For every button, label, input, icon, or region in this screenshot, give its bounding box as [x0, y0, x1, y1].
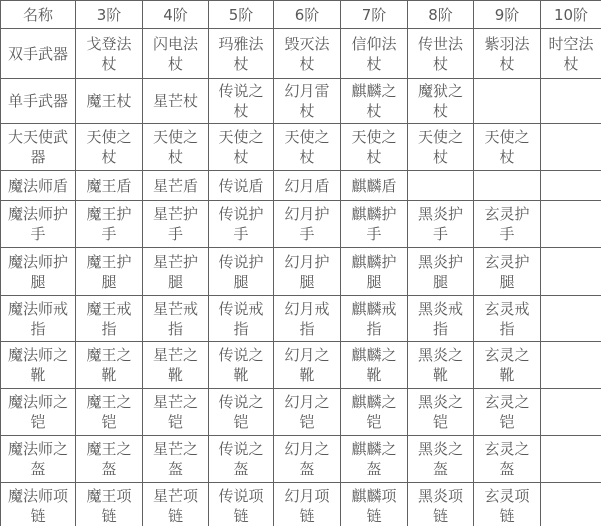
- empty-cell: [541, 79, 601, 124]
- equipment-cell: 麒麟之铠: [341, 389, 408, 436]
- equipment-cell: 传说之盔: [209, 436, 274, 483]
- equipment-cell: 幻月之铠: [274, 389, 341, 436]
- equipment-cell: 天使之杖: [76, 124, 143, 171]
- table-row: 魔法师盾魔王盾星芒盾传说盾幻月盾麒麟盾: [1, 171, 601, 201]
- equipment-cell: 幻月戒指: [274, 296, 341, 342]
- header-cell-tier: 7阶: [341, 1, 408, 29]
- equipment-cell: 星芒项链: [143, 483, 209, 526]
- equipment-cell: 黑炎项链: [408, 483, 474, 526]
- equipment-cell: 玄灵之盔: [474, 436, 541, 483]
- equipment-cell: 幻月之盔: [274, 436, 341, 483]
- empty-cell: [474, 171, 541, 201]
- equipment-cell: 传说之铠: [209, 389, 274, 436]
- header-cell-tier: 8阶: [408, 1, 474, 29]
- empty-cell: [541, 436, 601, 483]
- row-label: 魔法师护腿: [1, 248, 76, 296]
- equipment-cell: 魔狱之杖: [408, 79, 474, 124]
- equipment-cell: 紫羽法杖: [474, 29, 541, 79]
- row-label: 单手武器: [1, 79, 76, 124]
- equipment-cell: 星芒护腿: [143, 248, 209, 296]
- equipment-cell: 玄灵护手: [474, 201, 541, 248]
- equipment-cell: 传说之杖: [209, 79, 274, 124]
- row-label: 魔法师之盔: [1, 436, 76, 483]
- header-cell-tier: 3阶: [76, 1, 143, 29]
- empty-cell: [408, 171, 474, 201]
- header-cell-tier: 9阶: [474, 1, 541, 29]
- table-body: 双手武器戈登法杖闪电法杖玛雅法杖毁灭法杖信仰法杖传世法杖紫羽法杖时空法杖单手武器…: [1, 29, 601, 526]
- row-label: 魔法师项链: [1, 483, 76, 526]
- equipment-cell: 传说戒指: [209, 296, 274, 342]
- equipment-tier-page: 名称3阶4阶5阶6阶7阶8阶9阶10阶 双手武器戈登法杖闪电法杖玛雅法杖毁灭法杖…: [0, 0, 601, 526]
- table-row: 魔法师之盔魔王之盔星芒之盔传说之盔幻月之盔麒麟之盔黑炎之盔玄灵之盔: [1, 436, 601, 483]
- equipment-cell: 黑炎戒指: [408, 296, 474, 342]
- equipment-cell: 麒麟之盔: [341, 436, 408, 483]
- row-label: 魔法师护手: [1, 201, 76, 248]
- empty-cell: [541, 389, 601, 436]
- header-cell-name: 名称: [1, 1, 76, 29]
- equipment-cell: 幻月护手: [274, 201, 341, 248]
- empty-cell: [541, 171, 601, 201]
- equipment-cell: 幻月雷杖: [274, 79, 341, 124]
- equipment-cell: 麒麟之靴: [341, 342, 408, 389]
- equipment-cell: 星芒戒指: [143, 296, 209, 342]
- equipment-cell: 黑炎护手: [408, 201, 474, 248]
- equipment-cell: 麒麟护手: [341, 201, 408, 248]
- header-cell-tier: 4阶: [143, 1, 209, 29]
- table-row: 魔法师护手魔王护手星芒护手传说护手幻月护手麒麟护手黑炎护手玄灵护手: [1, 201, 601, 248]
- equipment-cell: 星芒之盔: [143, 436, 209, 483]
- equipment-cell: 魔王护腿: [76, 248, 143, 296]
- equipment-cell: 玄灵之铠: [474, 389, 541, 436]
- empty-cell: [474, 79, 541, 124]
- equipment-cell: 星芒之铠: [143, 389, 209, 436]
- table-row: 魔法师项链魔王项链星芒项链传说项链幻月项链麒麟项链黑炎项链玄灵项链: [1, 483, 601, 526]
- equipment-cell: 天使之杖: [143, 124, 209, 171]
- equipment-cell: 传说之靴: [209, 342, 274, 389]
- table-row: 魔法师护腿魔王护腿星芒护腿传说护腿幻月护腿麒麟护腿黑炎护腿玄灵护腿: [1, 248, 601, 296]
- equipment-cell: 玛雅法杖: [209, 29, 274, 79]
- equipment-cell: 天使之杖: [209, 124, 274, 171]
- equipment-cell: 麒麟盾: [341, 171, 408, 201]
- row-label: 大天使武器: [1, 124, 76, 171]
- equipment-cell: 麒麟戒指: [341, 296, 408, 342]
- row-label: 魔法师之靴: [1, 342, 76, 389]
- equipment-cell: 戈登法杖: [76, 29, 143, 79]
- equipment-cell: 黑炎之铠: [408, 389, 474, 436]
- equipment-cell: 天使之杖: [408, 124, 474, 171]
- table-row: 魔法师之铠魔王之铠星芒之铠传说之铠幻月之铠麒麟之铠黑炎之铠玄灵之铠: [1, 389, 601, 436]
- equipment-cell: 天使之杖: [474, 124, 541, 171]
- equipment-cell: 幻月项链: [274, 483, 341, 526]
- equipment-cell: 黑炎之盔: [408, 436, 474, 483]
- equipment-cell: 玄灵戒指: [474, 296, 541, 342]
- equipment-cell: 黑炎护腿: [408, 248, 474, 296]
- equipment-cell: 传说项链: [209, 483, 274, 526]
- equipment-cell: 魔王盾: [76, 171, 143, 201]
- equipment-cell: 魔王之铠: [76, 389, 143, 436]
- equipment-cell: 传说护手: [209, 201, 274, 248]
- equipment-cell: 魔王之靴: [76, 342, 143, 389]
- equipment-cell: 闪电法杖: [143, 29, 209, 79]
- table-row: 双手武器戈登法杖闪电法杖玛雅法杖毁灭法杖信仰法杖传世法杖紫羽法杖时空法杖: [1, 29, 601, 79]
- equipment-cell: 传说护腿: [209, 248, 274, 296]
- equipment-cell: 玄灵之靴: [474, 342, 541, 389]
- empty-cell: [541, 248, 601, 296]
- equipment-cell: 星芒杖: [143, 79, 209, 124]
- equipment-cell: 信仰法杖: [341, 29, 408, 79]
- table-row: 魔法师之靴魔王之靴星芒之靴传说之靴幻月之靴麒麟之靴黑炎之靴玄灵之靴: [1, 342, 601, 389]
- row-label: 魔法师戒指: [1, 296, 76, 342]
- row-label: 魔法师盾: [1, 171, 76, 201]
- empty-cell: [541, 342, 601, 389]
- equipment-cell: 传世法杖: [408, 29, 474, 79]
- equipment-cell: 星芒盾: [143, 171, 209, 201]
- empty-cell: [541, 483, 601, 526]
- equipment-cell: 天使之杖: [274, 124, 341, 171]
- table-row: 魔法师戒指魔王戒指星芒戒指传说戒指幻月戒指麒麟戒指黑炎戒指玄灵戒指: [1, 296, 601, 342]
- empty-cell: [541, 124, 601, 171]
- equipment-cell: 魔王戒指: [76, 296, 143, 342]
- header-row: 名称3阶4阶5阶6阶7阶8阶9阶10阶: [1, 1, 601, 29]
- equipment-cell: 幻月护腿: [274, 248, 341, 296]
- equipment-cell: 星芒之靴: [143, 342, 209, 389]
- empty-cell: [541, 201, 601, 248]
- equipment-cell: 星芒护手: [143, 201, 209, 248]
- equipment-cell: 黑炎之靴: [408, 342, 474, 389]
- row-label: 双手武器: [1, 29, 76, 79]
- equipment-tier-table: 名称3阶4阶5阶6阶7阶8阶9阶10阶 双手武器戈登法杖闪电法杖玛雅法杖毁灭法杖…: [0, 0, 601, 526]
- equipment-cell: 魔王护手: [76, 201, 143, 248]
- equipment-cell: 时空法杖: [541, 29, 601, 79]
- equipment-cell: 玄灵护腿: [474, 248, 541, 296]
- header-cell-tier: 10阶: [541, 1, 601, 29]
- equipment-cell: 麒麟项链: [341, 483, 408, 526]
- equipment-cell: 玄灵项链: [474, 483, 541, 526]
- table-row: 大天使武器天使之杖天使之杖天使之杖天使之杖天使之杖天使之杖天使之杖: [1, 124, 601, 171]
- equipment-cell: 魔王杖: [76, 79, 143, 124]
- empty-cell: [541, 296, 601, 342]
- equipment-cell: 传说盾: [209, 171, 274, 201]
- equipment-cell: 魔王之盔: [76, 436, 143, 483]
- equipment-cell: 幻月之靴: [274, 342, 341, 389]
- header-cell-tier: 6阶: [274, 1, 341, 29]
- header-cell-tier: 5阶: [209, 1, 274, 29]
- equipment-cell: 麒麟之杖: [341, 79, 408, 124]
- equipment-cell: 毁灭法杖: [274, 29, 341, 79]
- table-row: 单手武器魔王杖星芒杖传说之杖幻月雷杖麒麟之杖魔狱之杖: [1, 79, 601, 124]
- row-label: 魔法师之铠: [1, 389, 76, 436]
- equipment-cell: 幻月盾: [274, 171, 341, 201]
- equipment-cell: 魔王项链: [76, 483, 143, 526]
- equipment-cell: 天使之杖: [341, 124, 408, 171]
- equipment-cell: 麒麟护腿: [341, 248, 408, 296]
